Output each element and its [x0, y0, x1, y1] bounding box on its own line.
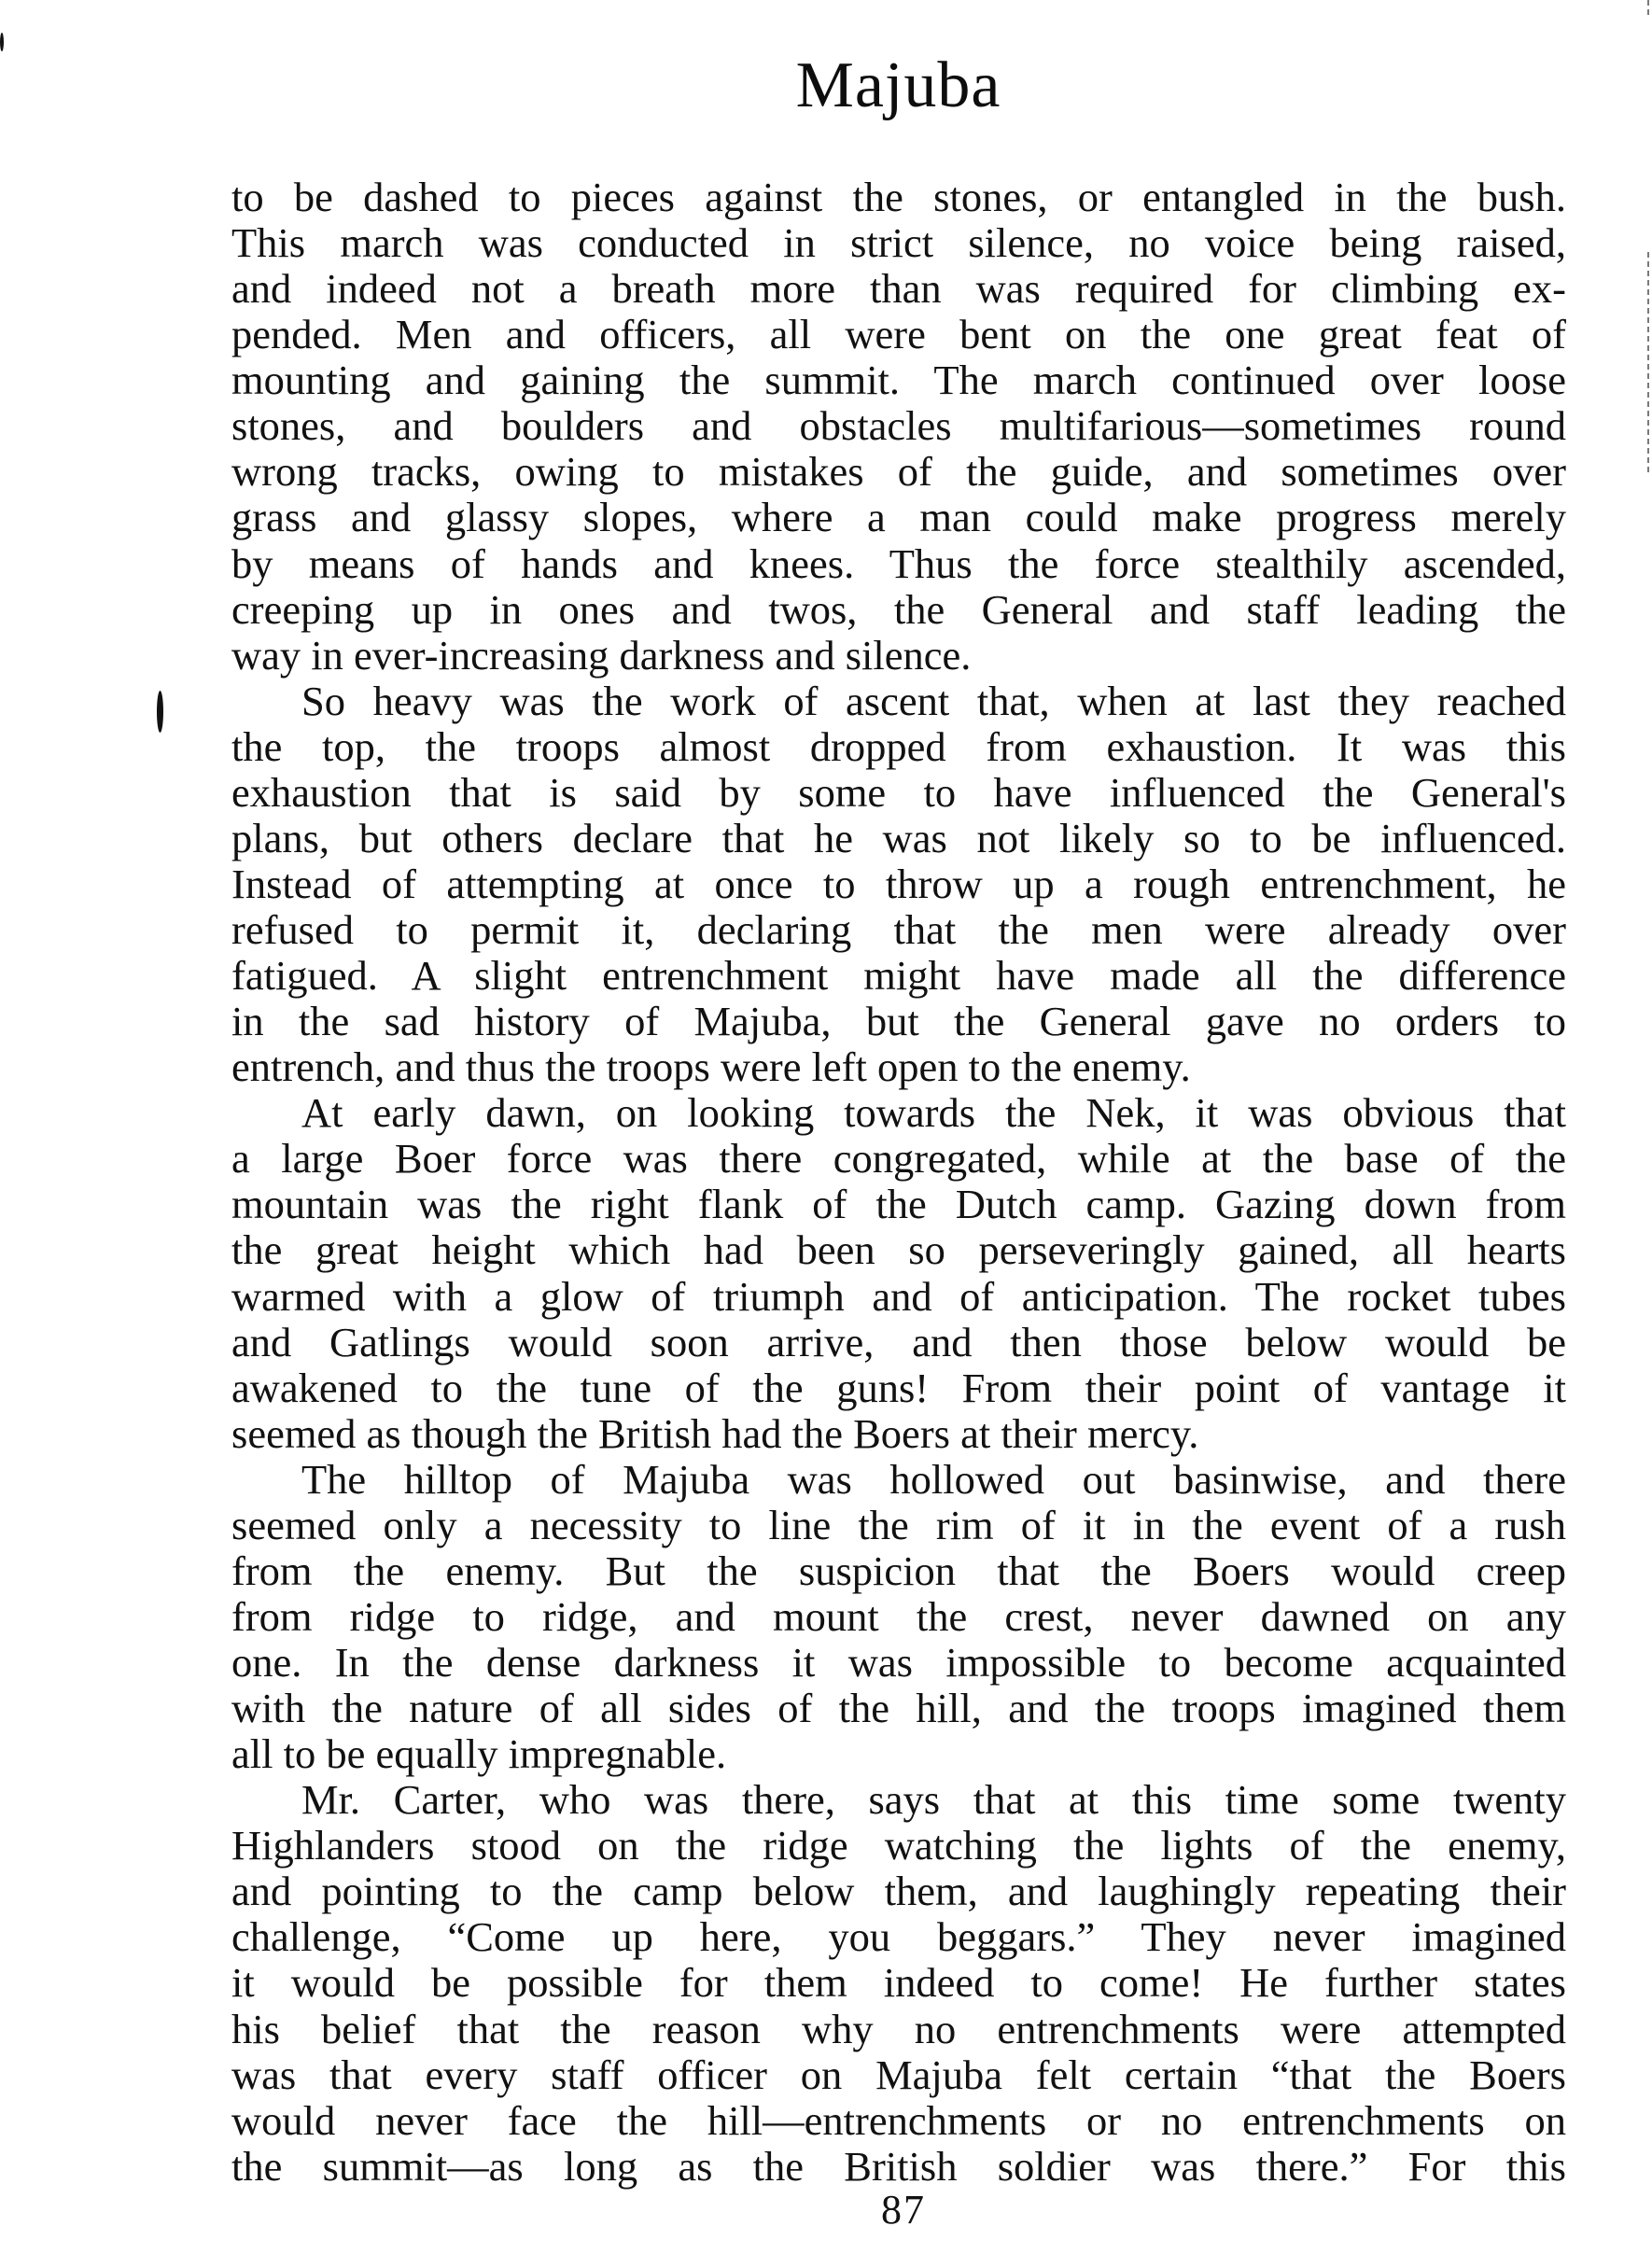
scan-edge-line-top [1647, 0, 1649, 15]
text-line: a large Boer force was there congregated… [231, 1136, 1566, 1182]
text-line: warmed with a glow of triumph and of ant… [231, 1274, 1566, 1320]
text-line: with the nature of all sides of the hill… [231, 1686, 1566, 1731]
text-line: plans, but others declare that he was no… [231, 816, 1566, 861]
text-line: seemed only a necessity to line the rim … [231, 1503, 1566, 1548]
text-line: mounting and gaining the summit. The mar… [231, 357, 1566, 403]
body-text: to be dashed to pieces against the stone… [231, 175, 1566, 2190]
text-line: stones, and boulders and obstacles multi… [231, 403, 1566, 449]
scan-edge-line-right [1647, 252, 1649, 476]
scan-mark-left-margin [157, 691, 163, 733]
text-line: the summit—as long as the British soldie… [231, 2144, 1566, 2190]
text-line: challenge, “Come up here, you beggars.” … [231, 1914, 1566, 1960]
text-line: way in ever-increasing darkness and sile… [231, 633, 1566, 679]
text-line: exhaustion that is said by some to have … [231, 770, 1566, 816]
paragraph-2: So heavy was the work of ascent that, wh… [231, 679, 1566, 1091]
text-line: one. In the dense darkness it was imposs… [231, 1640, 1566, 1686]
text-line: creeping up in ones and twos, the Genera… [231, 587, 1566, 633]
text-line: fatigued. A slight entrenchment might ha… [231, 953, 1566, 999]
text-line: This march was conducted in strict silen… [231, 220, 1566, 266]
paragraph-1: to be dashed to pieces against the stone… [231, 175, 1566, 679]
paragraph-5: Mr. Carter, who was there, says that at … [231, 1777, 1566, 2190]
text-line: it would be possible for them indeed to … [231, 1960, 1566, 2006]
text-line: refused to permit it, declaring that the… [231, 907, 1566, 953]
text-line: wrong tracks, owing to mistakes of the g… [231, 449, 1566, 495]
text-line: and Gatlings would soon arrive, and then… [231, 1320, 1566, 1365]
text-line: and indeed not a breath more than was re… [231, 266, 1566, 312]
text-line: pended. Men and officers, all were bent … [231, 312, 1566, 357]
running-title: Majuba [0, 49, 1652, 123]
text-line: Highlanders stood on the ridge watching … [231, 1823, 1566, 1869]
text-line: At early dawn, on looking towards the Ne… [231, 1090, 1566, 1136]
text-line: was that every staff officer on Majuba f… [231, 2052, 1566, 2098]
text-line: entrench, and thus the troops were left … [231, 1044, 1566, 1090]
text-line: seemed as though the British had the Boe… [231, 1411, 1566, 1457]
text-line: So heavy was the work of ascent that, wh… [231, 679, 1566, 724]
paragraph-4: The hilltop of Majuba was hollowed out b… [231, 1457, 1566, 1777]
paragraph-3: At early dawn, on looking towards the Ne… [231, 1090, 1566, 1457]
text-line: from the enemy. But the suspicion that t… [231, 1548, 1566, 1594]
text-line: his belief that the reason why no entren… [231, 2007, 1566, 2052]
text-line: mountain was the right flank of the Dutc… [231, 1182, 1566, 1227]
text-line: awakened to the tune of the guns! From t… [231, 1365, 1566, 1411]
text-line: The hilltop of Majuba was hollowed out b… [231, 1457, 1566, 1503]
text-line: to be dashed to pieces against the stone… [231, 175, 1566, 220]
page-number: 87 [0, 2186, 1652, 2234]
text-line: the great height which had been so perse… [231, 1227, 1566, 1273]
text-line: would never face the hill—entrenchments … [231, 2098, 1566, 2144]
text-line: the top, the troops almost dropped from … [231, 724, 1566, 770]
text-line: in the sad history of Majuba, but the Ge… [231, 999, 1566, 1044]
text-line: all to be equally impregnable. [231, 1731, 1566, 1777]
text-line: from ridge to ridge, and mount the crest… [231, 1594, 1566, 1640]
text-line: by means of hands and knees. Thus the fo… [231, 541, 1566, 587]
text-line: and pointing to the camp below them, and… [231, 1869, 1566, 1914]
text-line: Instead of attempting at once to throw u… [231, 861, 1566, 907]
text-line: grass and glassy slopes, where a man cou… [231, 495, 1566, 540]
text-line: Mr. Carter, who was there, says that at … [231, 1777, 1566, 1823]
